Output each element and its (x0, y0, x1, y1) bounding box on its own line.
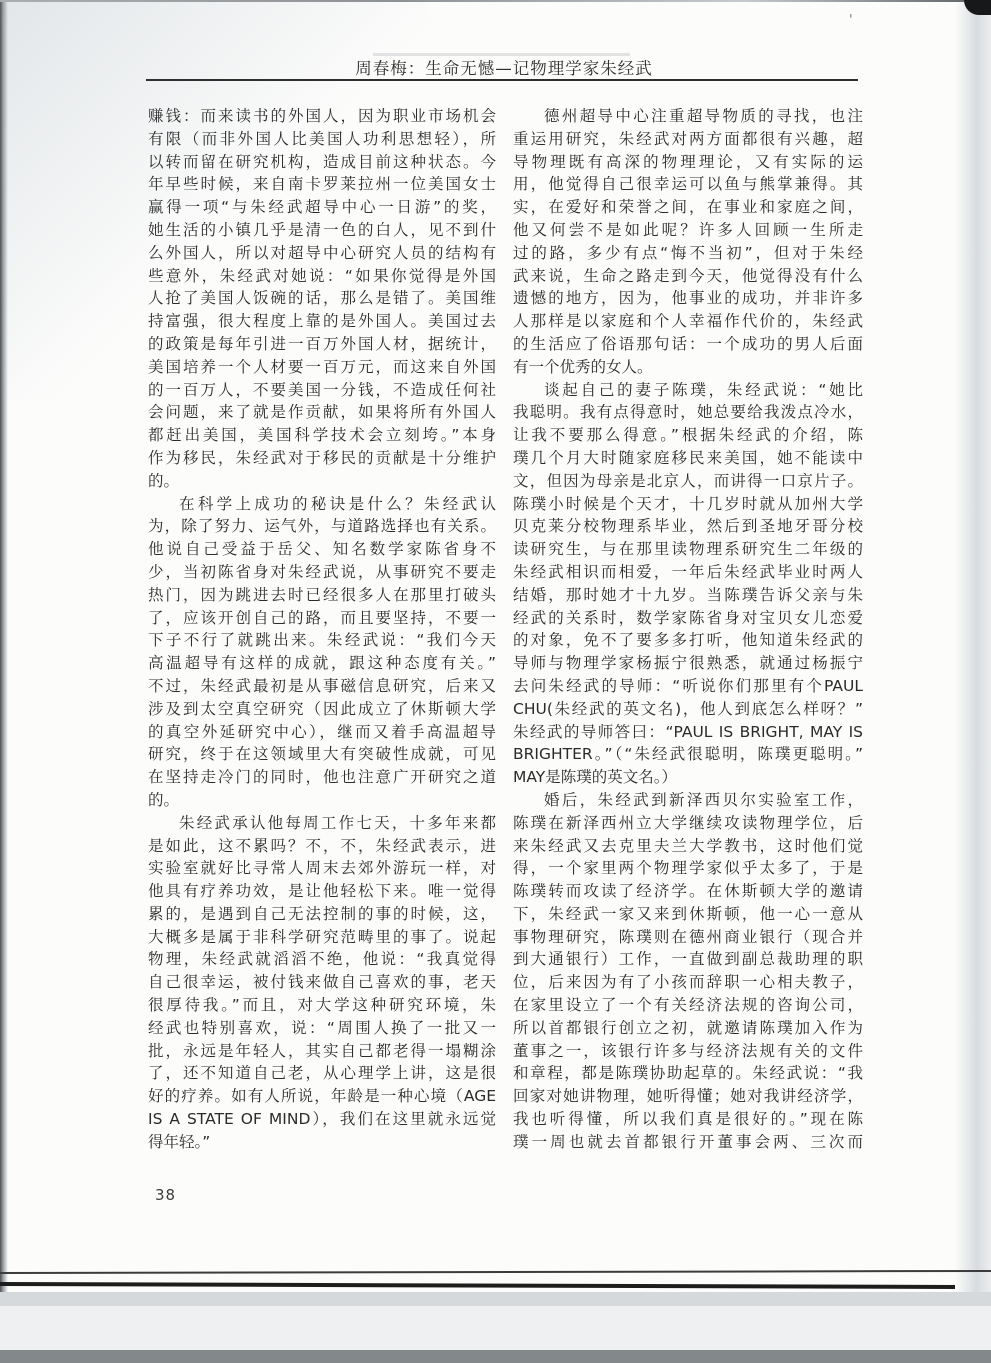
page-number: 38 (155, 1186, 176, 1204)
scan-bottom-band (0, 1292, 991, 1306)
text-line: 回家对她讲物理，她听得懂；她对我讲经济学， (513, 1085, 863, 1108)
text-line: 有限（而非外国人比美国人功利思想轻），所 (148, 128, 496, 151)
text-line: 武来说，生命之路走到今天，他觉得没有什么 (513, 265, 863, 288)
text-line: 涉及到太空真空研究（因此成立了休斯顿大学 (148, 698, 496, 721)
scan-right-edge-shading (955, 0, 991, 1292)
text-line: 所以首都银行创立之初，就邀请陈璞加入作为 (513, 1017, 863, 1040)
text-line: 事物理研究，陈璞则在德州商业银行（现合并 (513, 926, 863, 949)
text-line: 位，后来因为有了小孩而辞职一心相夫教子， (513, 971, 863, 994)
text-line: 的。 (148, 789, 496, 812)
text-line: 实，在爱好和荣誉之间，在事业和家庭之间， (513, 196, 863, 219)
text-line: 到大通银行）工作，一直做到副总裁助理的职 (513, 948, 863, 971)
text-line: 高温超导有这样的成就，跟这种态度有关。” (148, 652, 496, 675)
text-line: 会问题，来了就是作贡献，如果将所有外国人 (148, 401, 496, 424)
text-line: 遗憾的地方，因为，他事业的成功，并非许多 (513, 287, 863, 310)
text-line: 他说自己受益于岳父、知名数学家陈省身不 (148, 538, 496, 561)
paragraph: 朱经武承认他每周工作七天，十多年来都是如此，这不累吗？不，不，朱经武表示，进实验… (148, 812, 496, 1154)
text-line: 得，一个家里两个物理学家似乎太多了，于是 (513, 857, 863, 880)
text-line: 的真空外延研究中心），继而又着手高温超导 (148, 721, 496, 744)
text-line: 热门，因为跳进去时已经很多人在那里打破头 (148, 584, 496, 607)
text-line: 璞一周也就去首都银行开董事会两、三次而 (513, 1131, 863, 1154)
text-line: 年早些时候，来自南卡罗莱拉州一位美国女士 (148, 173, 496, 196)
text-line: 来朱经武又去克里夫兰大学教书，这时他们觉 (513, 835, 863, 858)
text-line: 德州超导中心注重超导物质的寻找，也注 (513, 105, 863, 128)
text-line: 物理，朱经武就滔滔不绝，他说：“我真觉得 (148, 948, 496, 971)
text-line: 导师与物理学家杨振宁很熟悉，就通过杨振宁 (513, 652, 863, 675)
scan-top-edge (0, 0, 991, 2)
page-bottom-edge-shadow (0, 1282, 955, 1289)
right-column: 德州超导中心注重超导物质的寻找，也注重运用研究，朱经武对两方面都很有兴趣，超导物… (513, 105, 863, 1154)
text-line: 谈起自己的妻子陈璞，朱经武说：“她比 (513, 379, 863, 402)
text-line: 经武的关系时，数学家陈省身对宝贝女儿恋爱 (513, 607, 863, 630)
text-line: 赚钱：而来读书的外国人，因为职业市场机会 (148, 105, 496, 128)
text-line: 好的疗养。如有人所说，年龄是一种心境（AGE (148, 1085, 496, 1108)
text-line: 自己很幸运，被付钱来做自己喜欢的事，老天 (148, 971, 496, 994)
text-line: CHU(朱经武的英文名)，他人到底怎么样呀？” (513, 698, 863, 721)
text-line: 么外国人，所以对超导中心研究人员的结构有 (148, 242, 496, 265)
text-line: 的政策是每年引进一百万外国人材，据统计， (148, 333, 496, 356)
paragraph: 在科学上成功的秘诀是什么？朱经武认为，除了努力、运气外，与道路选择也有关系。他说… (148, 493, 496, 812)
text-line: 得年轻。” (148, 1131, 496, 1154)
paragraph: 婚后，朱经武到新泽西贝尔实验室工作，陈璞在新泽西州立大学继续攻读物理学位，后来朱… (513, 789, 863, 1154)
text-line: 导物理既有高深的物理理论，又有实际的运 (513, 151, 863, 174)
text-line: 大概多是属于非科学研究范畴里的事了。说起 (148, 926, 496, 949)
text-line: 结婚，那时她才十九岁。当陈璞告诉父亲与朱 (513, 584, 863, 607)
text-line: 璞几个月大时随家庭移民来美国，她不能读中 (513, 447, 863, 470)
text-line: 陈璞在新泽西州立大学继续攻读物理学位，后 (513, 812, 863, 835)
text-line: 批，永远是年轻人，其实自己都老得一塌糊涂 (148, 1040, 496, 1063)
text-line: 了，还不知道自己老，从心理学上讲，这是很 (148, 1062, 496, 1085)
paragraph: 谈起自己的妻子陈璞，朱经武说：“她比我聪明。我有点得意时，她总要给我泼点冷水，让… (513, 379, 863, 789)
text-line: 作为移民，朱经武对于移民的贡献是十分维护 (148, 447, 496, 470)
text-line: 实验室就好比寻常人周末去郊外游玩一样，对 (148, 857, 496, 880)
text-line: BRIGHTER。”（“朱经武很聪明，陈璞更聪明。” (513, 743, 863, 766)
text-line: 用，他觉得自己很幸运可以鱼与熊掌兼得。其 (513, 173, 863, 196)
text-line: 的对象，免不了要多多打听，他知道朱经武的 (513, 629, 863, 652)
text-line: 累的，是遇到自己无法控制的事的时候，这， (148, 903, 496, 926)
text-line: 过的路，多少有点“悔不当初”，但对于朱经 (513, 242, 863, 265)
text-line: 下子不行了就跳出来。朱经武说：“我们今天 (148, 629, 496, 652)
stray-scan-mark: ' (849, 13, 853, 28)
text-line: 研究，终于在这领域里大有突破性成就，可见 (148, 743, 496, 766)
page-bottom-edge-line (0, 1270, 991, 1274)
text-line: 人那样是以家庭和个人幸福作代价的，朱经武 (513, 310, 863, 333)
text-line: 重运用研究，朱经武对两方面都很有兴趣，超 (513, 128, 863, 151)
text-line: 婚后，朱经武到新泽西贝尔实验室工作， (513, 789, 863, 812)
text-line: 陈璞小时候是个天才，十几岁时就从加州大学 (513, 493, 863, 516)
text-line: 有一个优秀的女人。 (513, 356, 863, 379)
text-line: 他具有疗养功效，是让他轻松下来。唯一觉得 (148, 880, 496, 903)
text-line: 为，除了努力、运气外，与道路选择也有关系。 (148, 515, 496, 538)
text-line: IS A STATE OF MIND），我们在这里就永远觉 (148, 1108, 496, 1131)
text-line: 朱经武承认他每周工作七天，十多年来都 (148, 812, 496, 835)
text-line: 都赶出美国，美国科学技术会立刻垮。”本身 (148, 424, 496, 447)
text-line: 我聪明。我有点得意时，她总要给我泼点冷水， (513, 401, 863, 424)
text-line: 陈璞转而攻读了经济学。在休斯顿大学的邀请 (513, 880, 863, 903)
text-line: 她生活的小镇几乎是清一色的白人，见不到什 (148, 219, 496, 242)
text-line: 是如此，这不累吗？不，不，朱经武表示，进 (148, 835, 496, 858)
text-line: 文，但因为母亲是北京人，而讲得一口京片子。 (513, 470, 863, 493)
text-line: 不过，朱经武最初是从事磁信息研究，后来又 (148, 675, 496, 698)
text-line: 持富强，很大程度上靠的是外国人。美国过去 (148, 310, 496, 333)
text-line: 读研究生，与在那里读物理系研究生二年级的 (513, 538, 863, 561)
scan-bottom-band-light (0, 1306, 991, 1350)
text-line: 去问朱经武的导师：“听说你们那里有个PAUL (513, 675, 863, 698)
left-column: 赚钱：而来读书的外国人，因为职业市场机会有限（而非外国人比美国人功利思想轻），所… (148, 105, 496, 1154)
scan-bottom-band-dark (0, 1350, 991, 1363)
text-line: 的生活应了俗语那句话：一个成功的男人后面 (513, 333, 863, 356)
scanned-page: ' 周春梅：生命无憾—记物理学家朱经武 赚钱：而来读书的外国人，因为职业市场机会… (0, 0, 991, 1363)
text-line: 在坚持走冷门的同时，他也注意广开研究之道 (148, 766, 496, 789)
text-line: 在科学上成功的秘诀是什么？朱经武认 (148, 493, 496, 516)
text-line: 他又何尝不是如此呢？许多人回顾一生所走 (513, 219, 863, 242)
text-line: 让我不要那么得意。”根据朱经武的介绍，陈 (513, 424, 863, 447)
text-line: 经武也特别喜欢，说：“周围人换了一批又一 (148, 1017, 496, 1040)
text-line: 的一百万人，不要美国一分钱，不造成任何社 (148, 379, 496, 402)
text-line: 贝克莱分校物理系毕业，然后到圣地牙哥分校 (513, 515, 863, 538)
text-line: 少，当初陈省身对朱经武说，从事研究不要走 (148, 561, 496, 584)
paragraph: 德州超导中心注重超导物质的寻找，也注重运用研究，朱经武对两方面都很有兴趣，超导物… (513, 105, 863, 379)
text-line: 些意外，朱经武对她说：“如果你觉得是外国 (148, 265, 496, 288)
text-line: 了，应该开创自己的路，而且要坚持，不要一 (148, 607, 496, 630)
text-line: 以转而留在研究机构，造成目前这种状态。今 (148, 151, 496, 174)
text-line: 我也听得懂，所以我们真是很好的。”现在陈 (513, 1108, 863, 1131)
text-line: 赢得一项“与朱经武超导中心一日游”的奖， (148, 196, 496, 219)
paragraph: 赚钱：而来读书的外国人，因为职业市场机会有限（而非外国人比美国人功利思想轻），所… (148, 105, 496, 493)
running-header-title: 周春梅：生命无憾—记物理学家朱经武 (148, 55, 860, 79)
text-line: 朱经武相识而相爱，一年后朱经武毕业时两人 (513, 561, 863, 584)
text-line: 下，朱经武一家又来到休斯顿，他一心一意从 (513, 903, 863, 926)
text-line: MAY是陈璞的英文名。） (513, 766, 863, 789)
text-line: 在家里设立了一个有关经济法规的咨询公司， (513, 994, 863, 1017)
text-line: 人抢了美国人饭碗的话，那么是错了。美国维 (148, 287, 496, 310)
header-rule (146, 79, 858, 81)
text-line: 的。 (148, 470, 496, 493)
text-line: 董事之一，该银行许多与经济法规有关的文件 (513, 1040, 863, 1063)
text-line: 朱经武的导师答曰：“PAUL IS BRIGHT, MAY IS (513, 721, 863, 744)
scan-left-edge (0, 0, 8, 1363)
text-line: 美国培养一个人材要一百万元，而这来自外国 (148, 356, 496, 379)
text-line: 很厚待我。”而且，对大学这种研究环境，朱 (148, 994, 496, 1017)
text-line: 和章程，都是陈璞协助起草的。朱经武说：“我 (513, 1062, 863, 1085)
